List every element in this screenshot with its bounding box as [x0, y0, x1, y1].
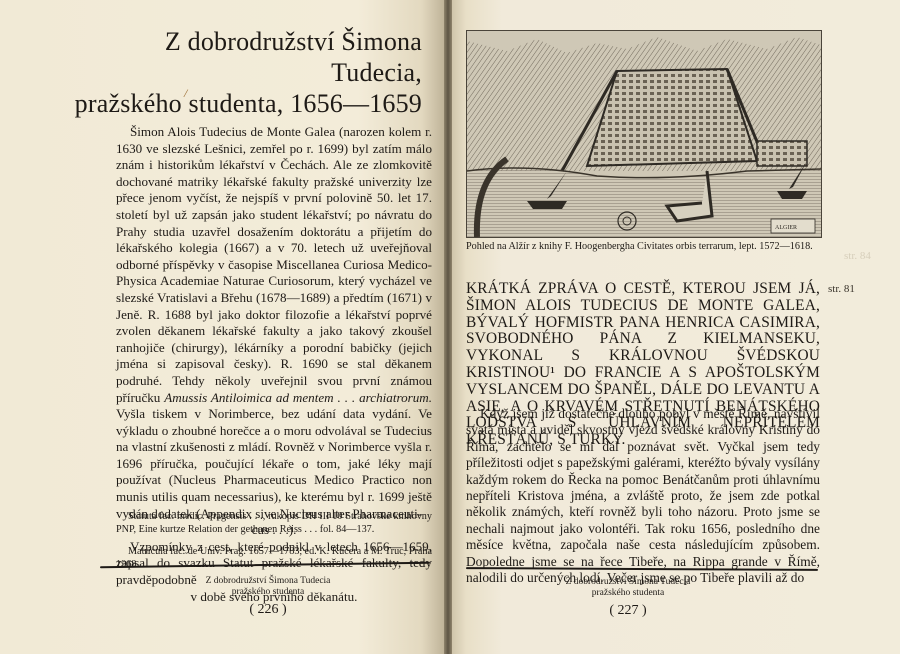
footnote-1: Statuta fac. medic. Pragensis . . ., ruk… [116, 511, 432, 536]
intro-paragraph-cont: Vyšla tiskem v Norimberce, bez udání dat… [116, 406, 432, 521]
chapter-title-line2: pražského studenta, 1656—1659 [70, 88, 422, 119]
page-number: ( 226 ) [168, 604, 368, 615]
pencil-mark: / [184, 86, 187, 101]
chapter-title-line1: Z dobrodružství Šimona Tudecia, [165, 27, 422, 87]
book-title-italic: Amussis Antiloimica ad mentem . . . arch… [164, 390, 432, 405]
figure-caption: Pohled na Alžír z knihy F. Hoogenbergha … [466, 241, 818, 254]
narrative-paragraph: Když jsem již dostatečně dlouho pobyl v … [466, 406, 820, 586]
footer-title-line2: pražského studenta [232, 587, 305, 597]
chapter-title: Z dobrodružství Šimona Tudecia, pražskéh… [70, 26, 422, 119]
page-number: ( 227 ) [528, 605, 728, 616]
footnotes: Statuta fac. medic. Pragensis . . ., ruk… [116, 511, 432, 581]
footnote-2: Matricula fac. de Univ. Prag. 1657—1783,… [116, 546, 432, 571]
footer-title-line2: pražského studenta [592, 588, 665, 598]
narrative-text: Když jsem již dostatečně dlouho pobyl v … [466, 406, 820, 586]
footer-title-line1: Z dobrodružství Šimona Tudecia [566, 577, 691, 587]
svg-text:ALGIER: ALGIER [775, 225, 797, 231]
page-footer-left: Z dobrodružství Šimona Tudecia pražského… [168, 576, 368, 615]
margin-page-reference: str. 81 [828, 283, 855, 295]
page-footer-right: Z dobrodružství Šimona Tudecia pražského… [528, 577, 728, 616]
bleed-through-text: str. 84 [844, 250, 871, 262]
intro-paragraph: Šimon Alois Tudecius de Monte Galea (nar… [116, 124, 432, 522]
book-gutter [444, 0, 452, 654]
intro-paragraph-text: Šimon Alois Tudecius de Monte Galea (nar… [116, 124, 432, 405]
footer-title-line1: Z dobrodružství Šimona Tudecia [206, 576, 331, 586]
left-page: Z dobrodružství Šimona Tudecia, pražskéh… [0, 0, 448, 654]
engraving-image-icon: ALGIER [467, 31, 821, 237]
book-spread: Z dobrodružství Šimona Tudecia, pražskéh… [0, 0, 900, 654]
algiers-engraving: ALGIER [466, 30, 822, 238]
